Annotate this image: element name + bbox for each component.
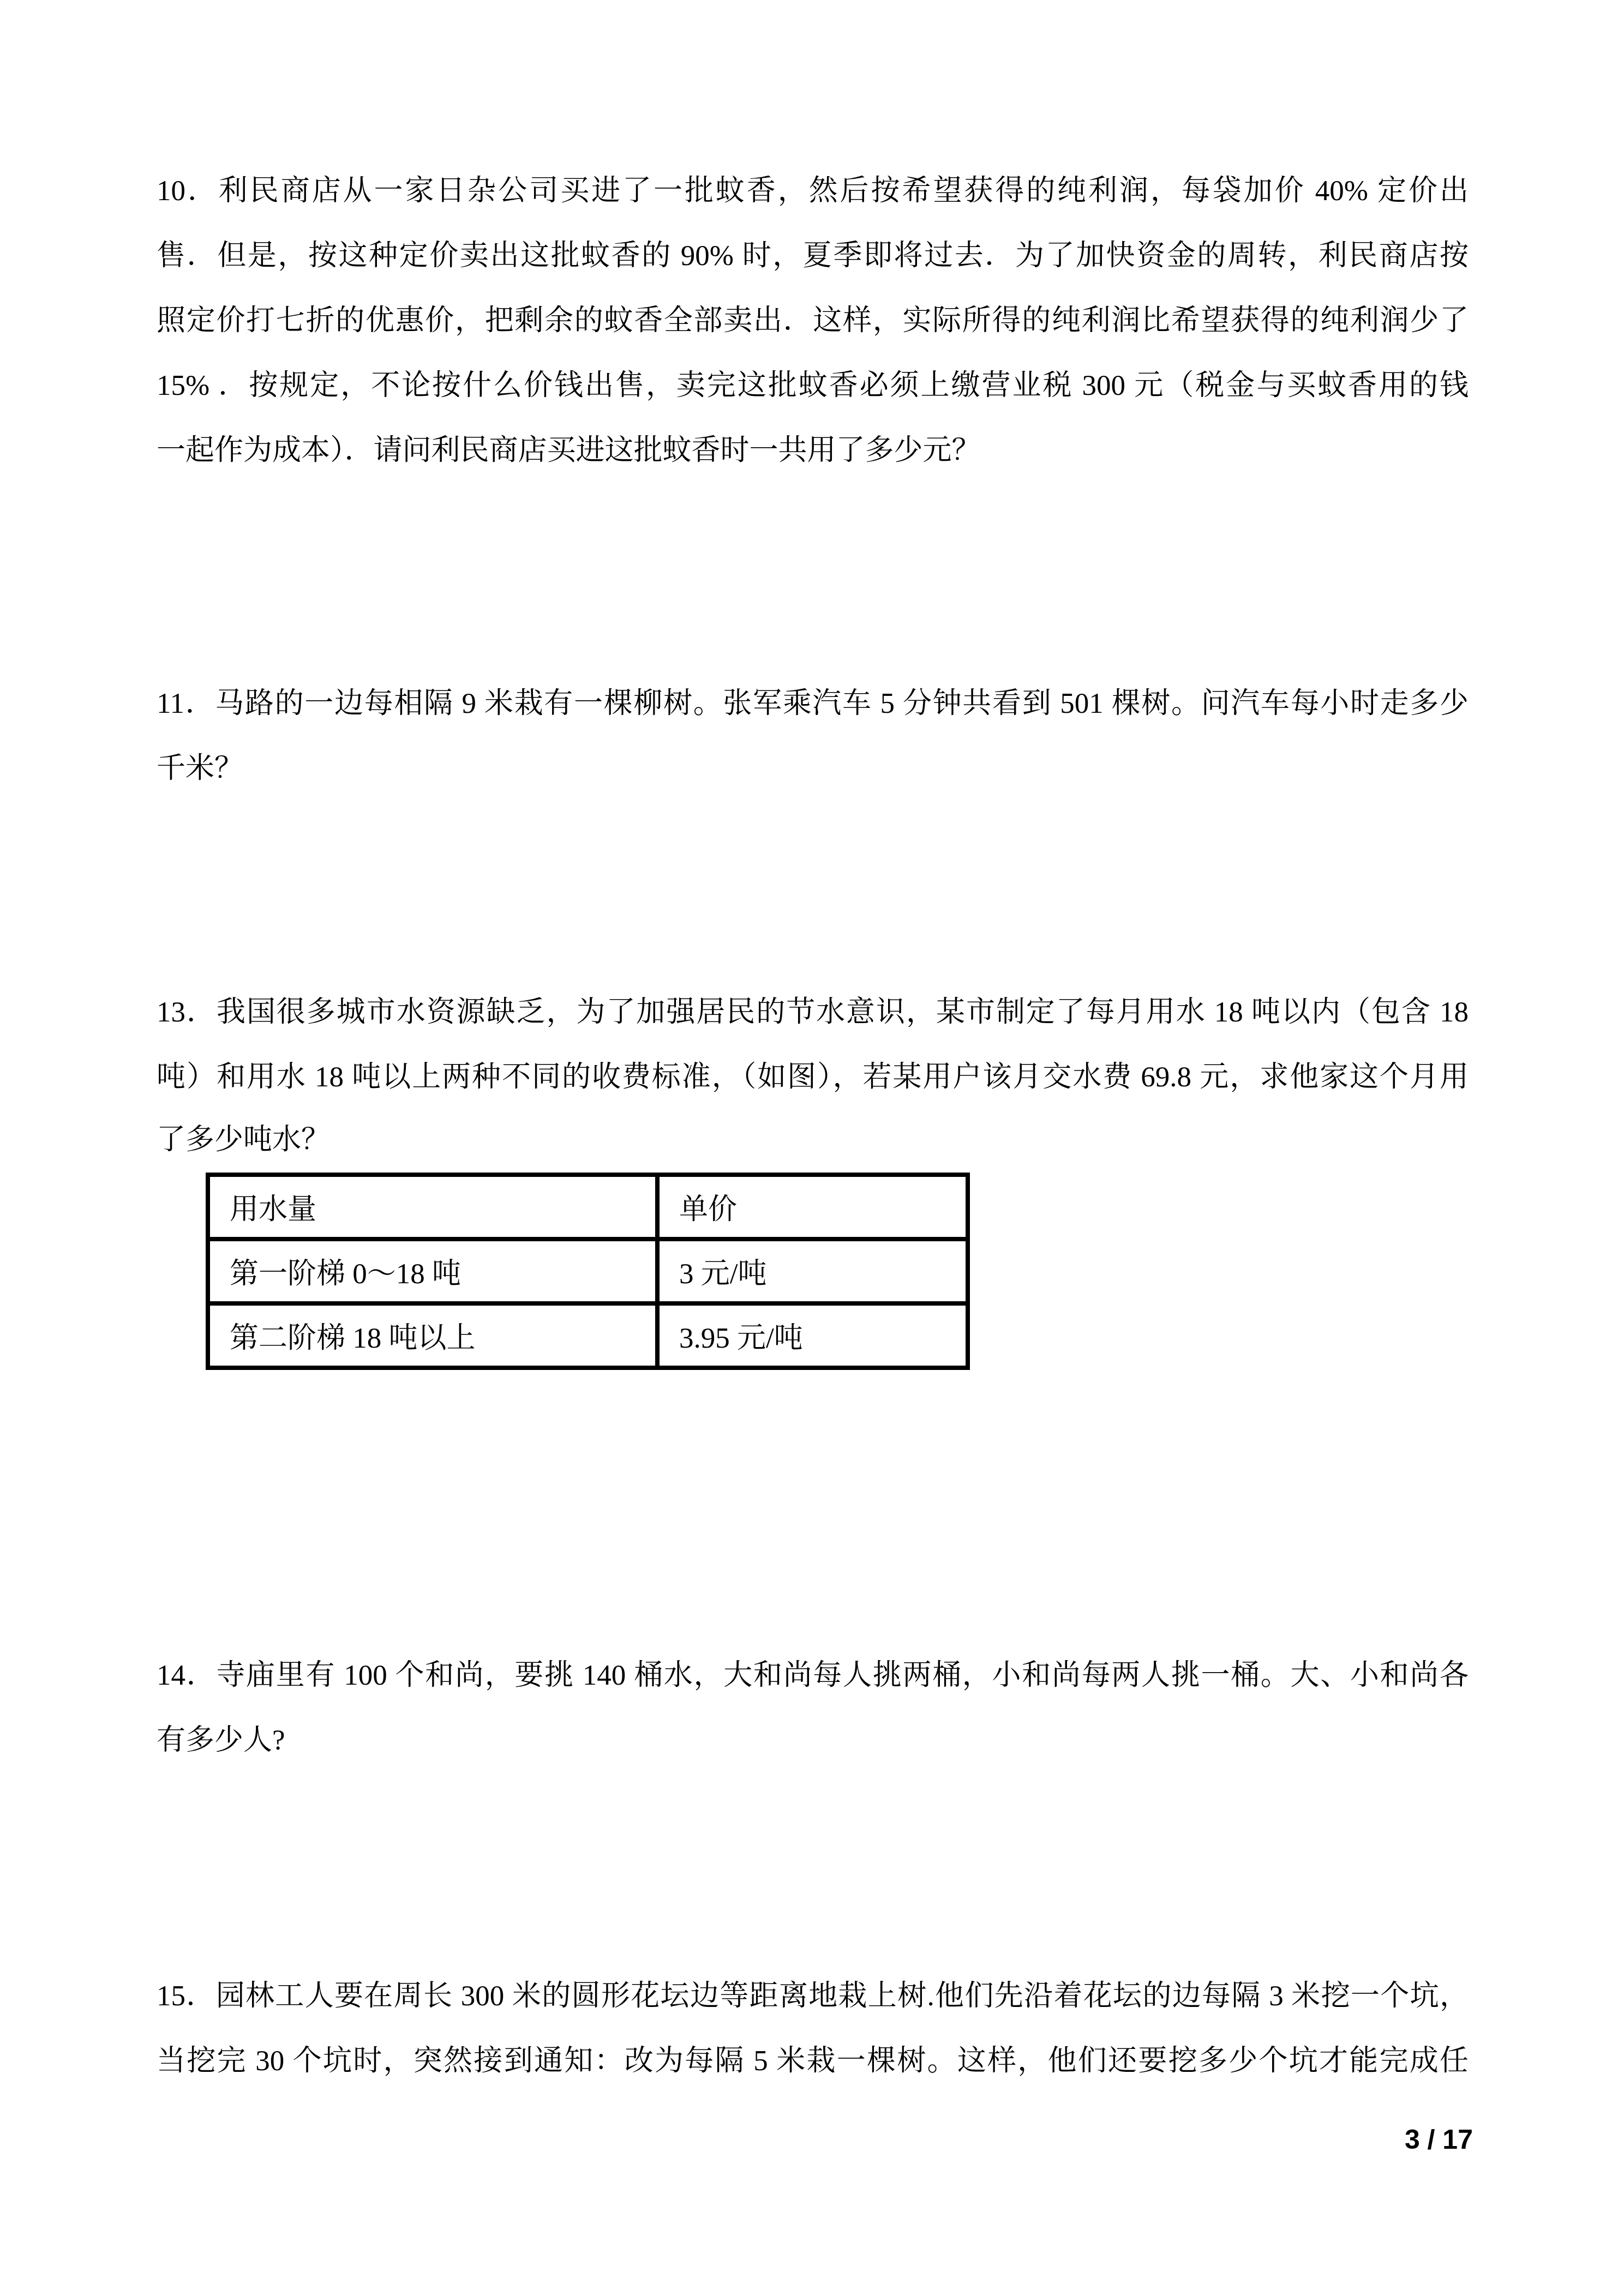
problem-line: 15% ．按规定，不论按什么价钱出售，卖完这批蚊香必须上缴营业税 300 元（税… <box>157 353 1469 418</box>
page-number: 3 / 17 <box>157 2112 1473 2167</box>
header-price-cell: 单价 <box>657 1175 968 1239</box>
worksheet-page: 10．利民商店从一家日杂公司买进了一批蚊香，然后按希望获得的纯利润，每袋加价 4… <box>0 0 1624 2296</box>
problem-line: 照定价打七折的优惠价，把剩余的蚊香全部卖出．这样，实际所得的纯利润比希望获得的纯… <box>157 288 1469 353</box>
tier2-price-cell: 3.95 元/吨 <box>657 1303 968 1368</box>
problem-line: 千米？ <box>157 736 1469 801</box>
problem-line: 14．寺庙里有 100 个和尚，要挑 140 桶水，大和尚每人挑两桶，小和尚每两… <box>157 1643 1469 1708</box>
problem-line: 11．马路的一边每相隔 9 米栽有一棵柳树。张军乘汽车 5 分钟共看到 501 … <box>157 671 1469 736</box>
header-usage-cell: 用水量 <box>208 1175 657 1239</box>
problem-line: 一起作为成本）．请问利民商店买进这批蚊香时一共用了多少元？ <box>157 418 1469 483</box>
problem-line: 了多少吨水？ <box>157 1108 1469 1173</box>
table-row: 第二阶梯 18 吨以上 3.95 元/吨 <box>208 1303 968 1368</box>
problem-line: 13．我国很多城市水资源缺乏，为了加强居民的节水意识，某市制定了每月用水 18 … <box>157 980 1469 1045</box>
tier1-usage-cell: 第一阶梯 0～18 吨 <box>208 1239 657 1303</box>
problem-line: 售．但是，按这种定价卖出这批蚊香的 90% 时，夏季即将过去．为了加快资金的周转… <box>157 224 1469 288</box>
water-price-table: 用水量 单价 第一阶梯 0～18 吨 3 元/吨 第二阶梯 18 吨以上 3.9… <box>206 1173 970 1370</box>
problem-line: 吨）和用水 18 吨以上两种不同的收费标准，（如图），若某用户该月交水费 69.… <box>157 1045 1469 1110</box>
problem-line: 有多少人? <box>157 1708 1469 1773</box>
table-header-row: 用水量 单价 <box>208 1175 968 1239</box>
table-row: 第一阶梯 0～18 吨 3 元/吨 <box>208 1239 968 1303</box>
problem-line: 15．园林工人要在周长 300 米的圆形花坛边等距离地栽上树.他们先沿着花坛的边… <box>157 1964 1469 2029</box>
tier1-price-cell: 3 元/吨 <box>657 1239 968 1303</box>
problem-line: 当挖完 30 个坑时，突然接到通知：改为每隔 5 米栽一棵树。这样，他们还要挖多… <box>157 2029 1469 2094</box>
problem-line: 10．利民商店从一家日杂公司买进了一批蚊香，然后按希望获得的纯利润，每袋加价 4… <box>157 159 1469 224</box>
tier2-usage-cell: 第二阶梯 18 吨以上 <box>208 1303 657 1368</box>
